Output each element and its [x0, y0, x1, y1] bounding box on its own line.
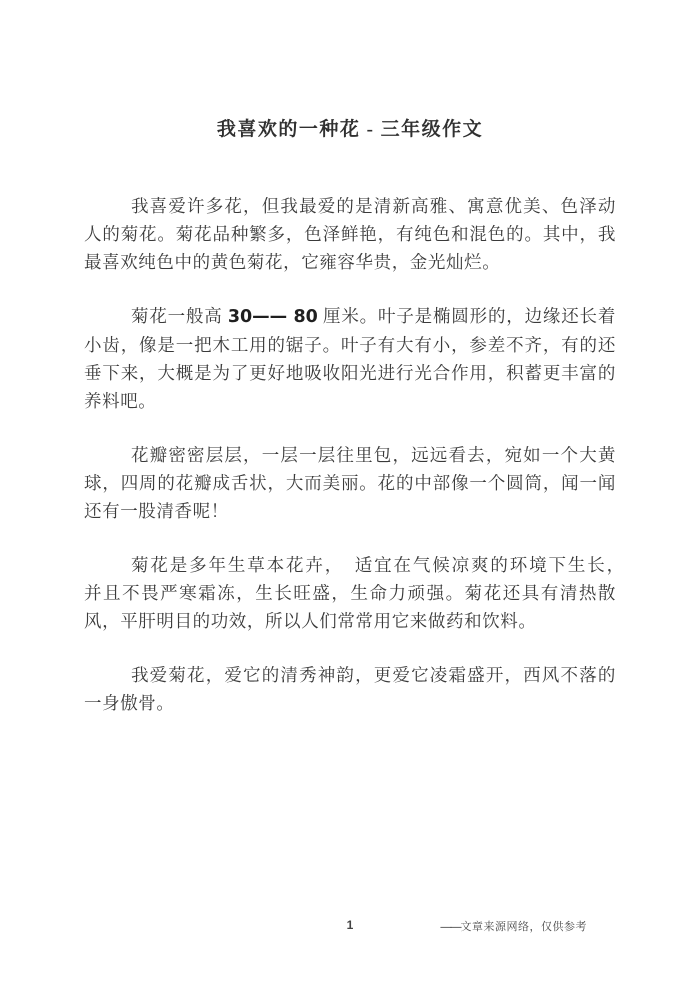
- essay-paragraph: 菊花是多年生草本花卉， 适宜在气候凉爽的环境下生长， 并且不畏严寒霜冻，生长旺盛…: [84, 551, 616, 635]
- text-segment: 我爱菊花，爱它的清秀神韵，更爱它凌霜盛开，西风不落的一身傲骨。: [84, 665, 616, 713]
- page-number: 1: [0, 918, 700, 932]
- essay-paragraph: 花瓣密密层层，一层一层往里包，远远看去，宛如一个大黄球，四周的花瓣成舌状，大而美…: [84, 441, 616, 525]
- text-segment: 菊花是多年生草本花卉， 适宜在气候凉爽的环境下生长， 并且不畏严寒霜冻，生长旺盛…: [84, 555, 634, 631]
- bold-number-segment: 30—— 80: [228, 307, 318, 327]
- source-note: ——文章来源网络，仅供参考: [441, 918, 588, 934]
- text-segment: 菊花一般高: [131, 306, 228, 326]
- essay-paragraph: 我喜爱许多花，但我最爱的是清新高雅、寓意优美、色泽动人的菊花。菊花品种繁多，色泽…: [84, 192, 616, 276]
- essay-paragraph: 菊花一般高 30—— 80 厘米。叶子是椭圆形的，边缘还长着小齿，像是一把木工用…: [84, 302, 616, 415]
- essay-paragraph: 我爱菊花，爱它的清秀神韵，更爱它凌霜盛开，西风不落的一身傲骨。: [84, 661, 616, 717]
- document-page: 我喜欢的一种花 - 三年级作文 我喜爱许多花，但我最爱的是清新高雅、寓意优美、色…: [0, 0, 700, 991]
- source-note-text: 文章来源网络，仅供参考: [461, 921, 588, 933]
- essay-body: 我喜爱许多花，但我最爱的是清新高雅、寓意优美、色泽动人的菊花。菊花品种繁多，色泽…: [84, 192, 616, 717]
- text-segment: 我喜爱许多花，但我最爱的是清新高雅、寓意优美、色泽动人的菊花。菊花品种繁多，色泽…: [84, 196, 616, 272]
- text-segment: 花瓣密密层层，一层一层往里包，远远看去，宛如一个大黄球，四周的花瓣成舌状，大而美…: [84, 445, 616, 521]
- essay-title: 我喜欢的一种花 - 三年级作文: [0, 0, 700, 141]
- source-note-dash: ——: [441, 921, 461, 933]
